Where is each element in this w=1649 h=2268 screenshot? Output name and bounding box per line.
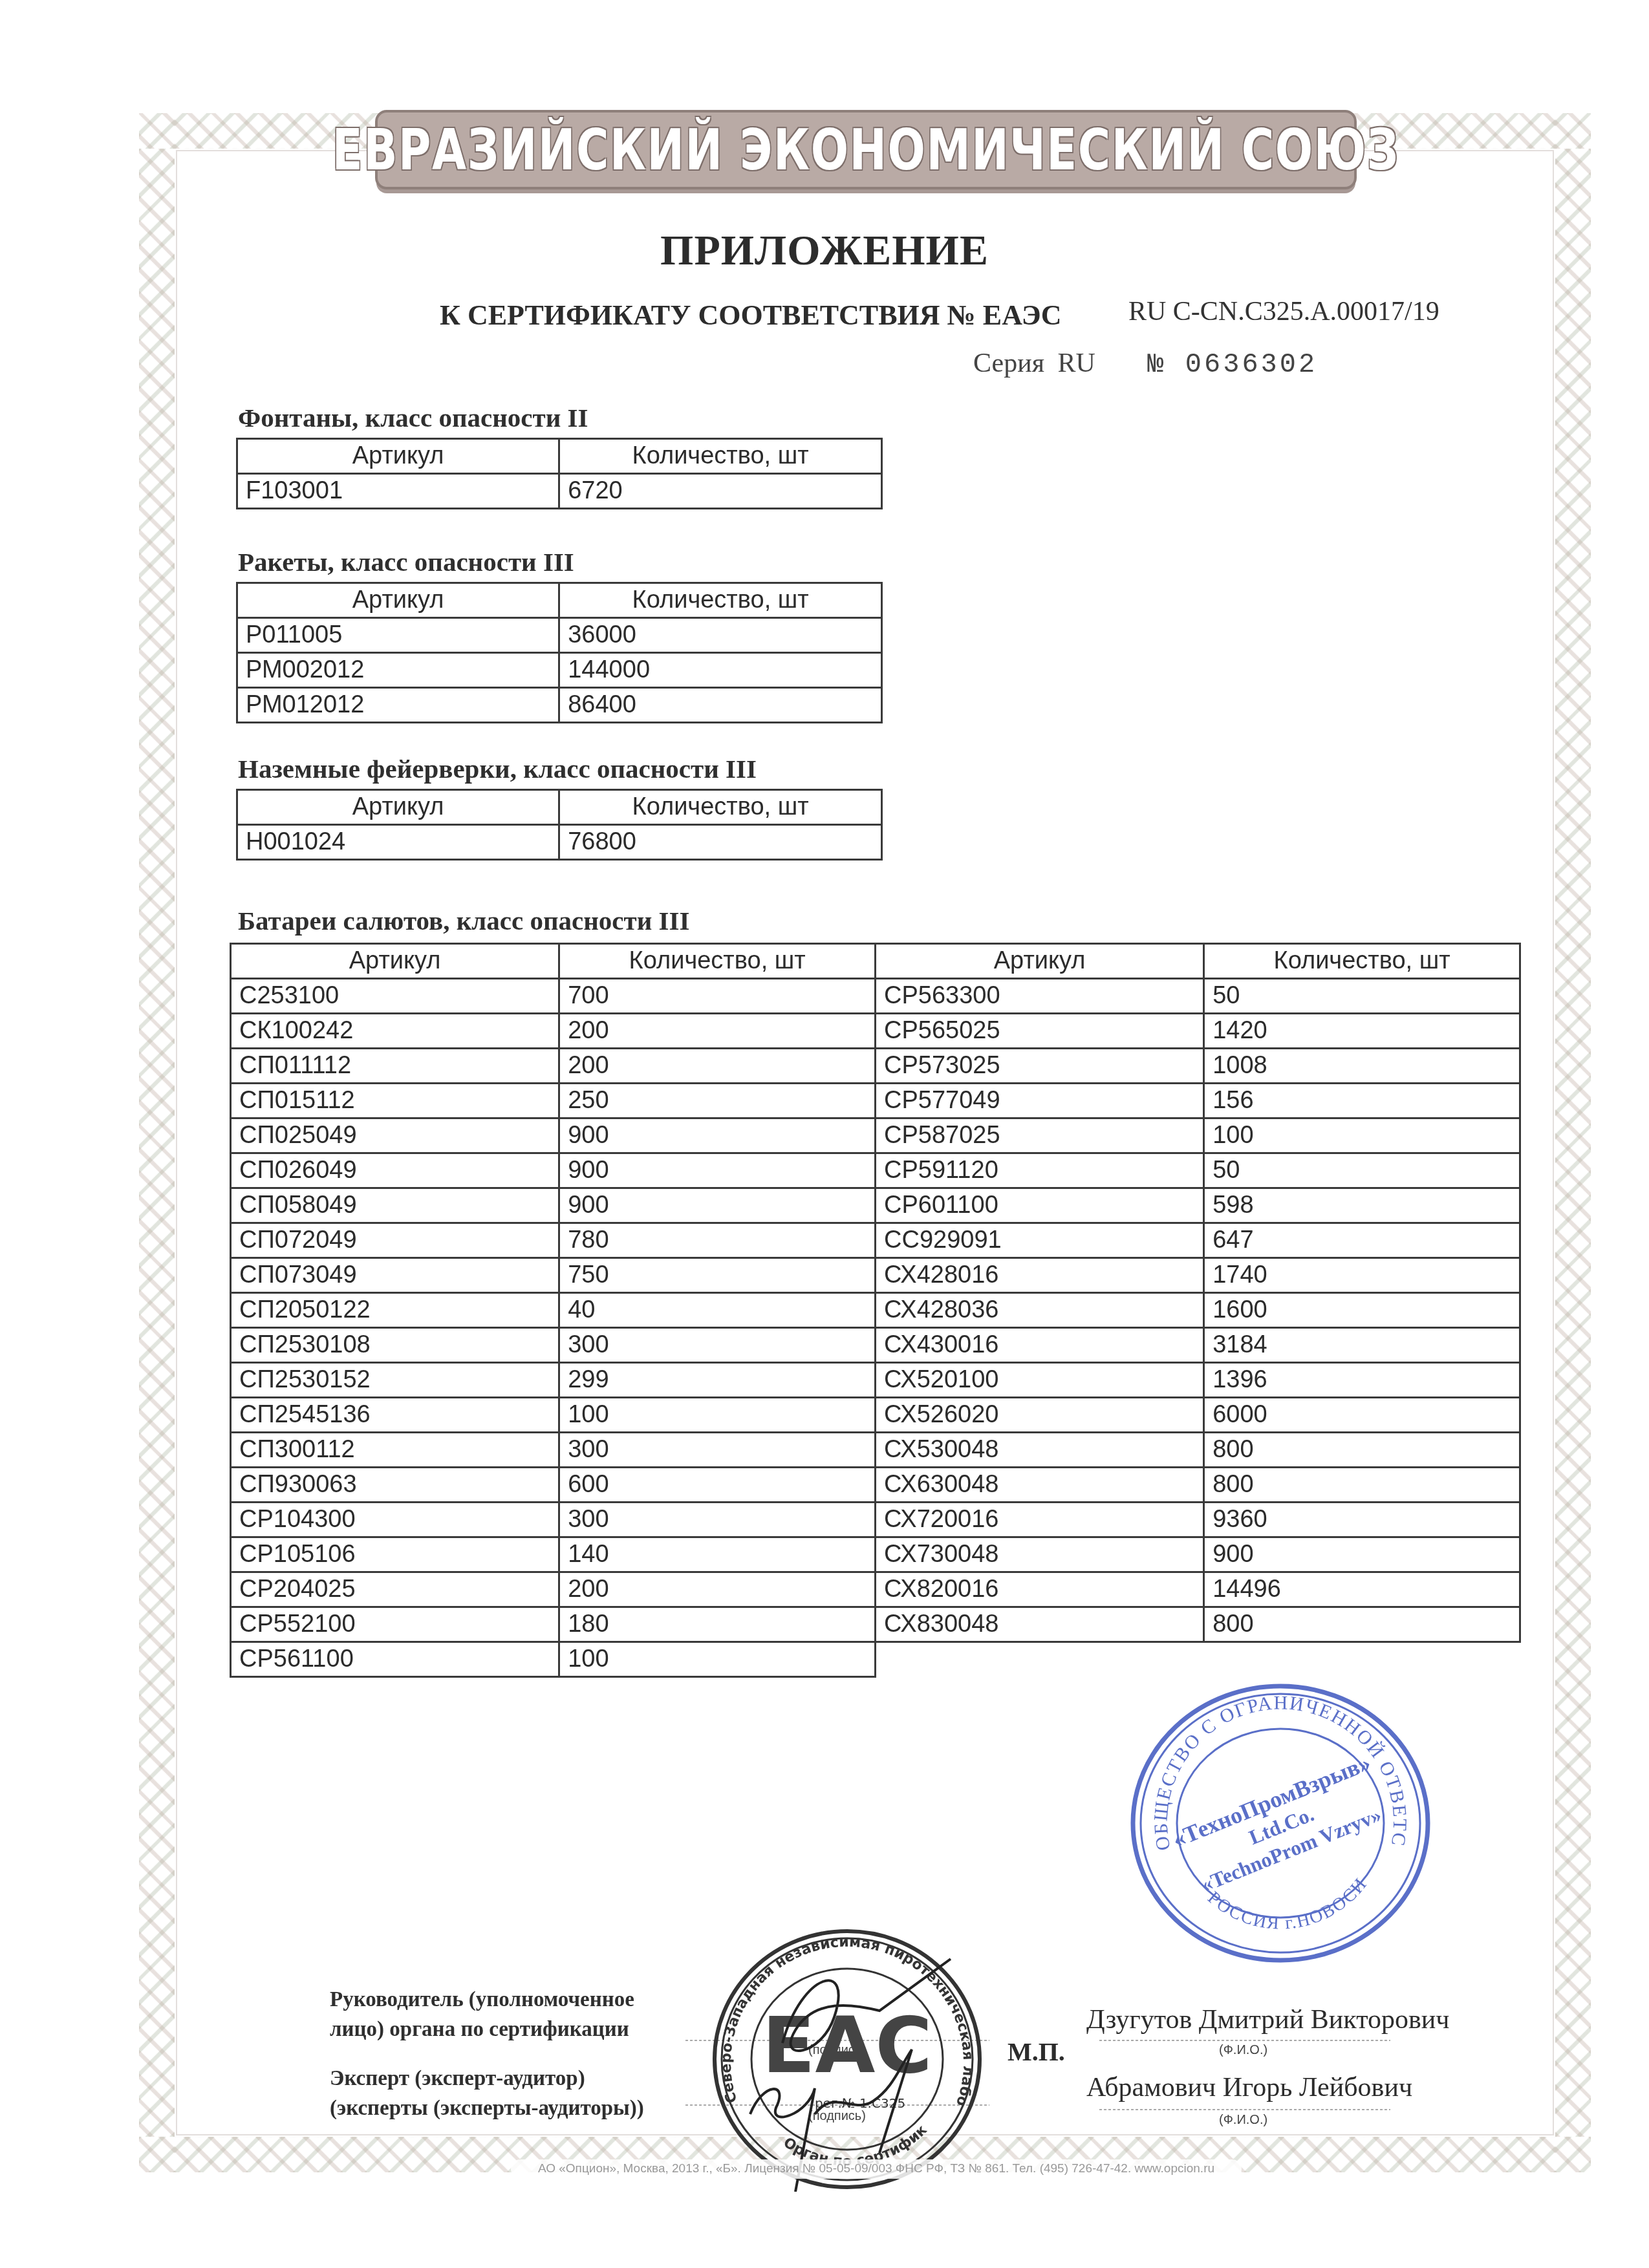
- table-row: СХ830048800: [876, 1607, 1520, 1642]
- table-row: СХ4280161740: [876, 1258, 1520, 1293]
- table-row: РМ002012144000: [237, 653, 882, 688]
- printer-footer: АО «Опцион», Москва, 2013 г., «Б». Лицен…: [511, 2159, 1242, 2179]
- article-cell: СР587025: [876, 1118, 1204, 1153]
- head-name-caption: (Ф.И.О.): [1219, 2043, 1267, 2058]
- quantity-cell: 140: [559, 1537, 876, 1572]
- article-cell: СР565025: [876, 1014, 1204, 1049]
- table-row: СХ82001614496: [876, 1572, 1520, 1607]
- number-label: №: [1147, 349, 1166, 380]
- certificate-subtitle: К СЕРТИФИКАТУ СООТВЕТСТВИЯ № ЕАЭС: [440, 299, 1061, 332]
- article-cell: СХ730048: [876, 1537, 1204, 1572]
- article-cell: СХ430016: [876, 1328, 1204, 1363]
- table-row: СХ5201001396: [876, 1363, 1520, 1398]
- table-row: СХ730048900: [876, 1537, 1520, 1572]
- table-row: СП2530108300: [231, 1328, 876, 1363]
- quantity-cell: 14496: [1204, 1572, 1520, 1607]
- table-row: СП205012240: [231, 1293, 876, 1328]
- article-cell: СР561100: [231, 1642, 559, 1677]
- article-cell: СП930063: [231, 1468, 559, 1503]
- table-row: СК100242200: [231, 1014, 876, 1049]
- head-name-line: [1099, 2040, 1390, 2041]
- table-row: СХ5260206000: [876, 1398, 1520, 1433]
- series-value: RU: [1057, 348, 1095, 378]
- table-fountains: Артикул Количество, шт F1030016720: [236, 438, 883, 509]
- article-cell: СП2545136: [231, 1398, 559, 1433]
- table-row: СП2545136100: [231, 1398, 876, 1433]
- article-cell: СП025049: [231, 1118, 559, 1153]
- table-row: СП073049750: [231, 1258, 876, 1293]
- table-row: СР601100598: [876, 1188, 1520, 1223]
- quantity-cell: 36000: [559, 618, 882, 653]
- quantity-cell: 200: [559, 1014, 876, 1049]
- certification-body-stamp: Северо-Западная независимая пиротехничес…: [705, 1920, 989, 2192]
- table-row: СП930063600: [231, 1468, 876, 1503]
- article-cell: СР552100: [231, 1607, 559, 1642]
- table-row: СР56330050: [876, 979, 1520, 1014]
- head-label: Руководитель (уполномоченное лицо) орган…: [330, 1985, 634, 2044]
- quantity-cell: 144000: [559, 653, 882, 688]
- quantity-cell: 900: [559, 1188, 876, 1223]
- table-row: Н00102476800: [237, 825, 882, 860]
- column-header-quantity: Количество, шт: [559, 790, 882, 825]
- table-header-row: Артикул Количество, шт: [237, 439, 882, 474]
- series-label: Серия: [973, 348, 1044, 378]
- expert-name-caption: (Ф.И.О.): [1219, 2113, 1267, 2128]
- expert-label: Эксперт (эксперт-аудитор) (эксперты (экс…: [330, 2064, 644, 2123]
- column-header-article: Артикул: [876, 944, 1204, 979]
- table-rockets: Артикул Количество, шт Р01100536000РМ002…: [236, 582, 883, 723]
- article-cell: СП2530108: [231, 1328, 559, 1363]
- quantity-cell: 900: [1204, 1537, 1520, 1572]
- section-title-batteries: Батареи салютов, класс опасности III: [238, 905, 689, 936]
- expert-name: Абрамович Игорь Лейбович: [1086, 2072, 1412, 2103]
- quantity-cell: 200: [559, 1572, 876, 1607]
- table-row: СР59112050: [876, 1153, 1520, 1188]
- article-cell: С253100: [231, 979, 559, 1014]
- article-cell: СП300112: [231, 1433, 559, 1468]
- article-cell: СР577049: [876, 1084, 1204, 1118]
- quantity-cell: 9360: [1204, 1503, 1520, 1537]
- article-cell: СП072049: [231, 1223, 559, 1258]
- article-cell: СР601100: [876, 1188, 1204, 1223]
- table-row: СХ530048800: [876, 1433, 1520, 1468]
- company-seal-stamp: ОБЩЕСТВО С ОГРАНИЧЕННОЙ ОТВЕТСТВЕННОСТЬЮ…: [1125, 1681, 1436, 1965]
- seal-place-label: М.П.: [1008, 2037, 1065, 2067]
- article-cell: РМ002012: [237, 653, 559, 688]
- article-cell: СР563300: [876, 979, 1204, 1014]
- table-row: СР5730251008: [876, 1049, 1520, 1084]
- quantity-cell: 1740: [1204, 1258, 1520, 1293]
- table-row: СП011112200: [231, 1049, 876, 1084]
- article-cell: СП026049: [231, 1153, 559, 1188]
- article-cell: СП011112: [231, 1049, 559, 1084]
- certificate-number: RU C-CN.С325.А.00017/19: [1128, 296, 1439, 327]
- quantity-cell: 50: [1204, 1153, 1520, 1188]
- table-row: СС929091647: [876, 1223, 1520, 1258]
- quantity-cell: 800: [1204, 1468, 1520, 1503]
- table-row: СР105106140: [231, 1537, 876, 1572]
- form-number: № 0636302: [1147, 349, 1317, 380]
- expert-label-line1: Эксперт (эксперт-аудитор): [330, 2064, 644, 2093]
- table-row: СП300112300: [231, 1433, 876, 1468]
- quantity-cell: 600: [559, 1468, 876, 1503]
- article-cell: СП073049: [231, 1258, 559, 1293]
- article-cell: СС929091: [876, 1223, 1204, 1258]
- article-cell: СХ720016: [876, 1503, 1204, 1537]
- head-name: Дзугутов Дмитрий Викторович: [1086, 2004, 1449, 2035]
- head-label-line1: Руководитель (уполномоченное: [330, 1985, 634, 2015]
- article-cell: СП015112: [231, 1084, 559, 1118]
- column-header-article: Артикул: [237, 439, 559, 474]
- article-cell: СХ530048: [876, 1433, 1204, 1468]
- head-label-line2: лицо) органа по сертификации: [330, 2015, 634, 2044]
- article-cell: СХ630048: [876, 1468, 1204, 1503]
- quantity-cell: 200: [559, 1049, 876, 1084]
- quantity-cell: 1396: [1204, 1363, 1520, 1398]
- table-row: СП026049900: [231, 1153, 876, 1188]
- quantity-cell: 100: [559, 1642, 876, 1677]
- table-row: СХ4300163184: [876, 1328, 1520, 1363]
- article-cell: F103001: [237, 474, 559, 509]
- column-header-article: Артикул: [231, 944, 559, 979]
- quantity-cell: 1600: [1204, 1293, 1520, 1328]
- column-header-quantity: Количество, шт: [559, 944, 876, 979]
- quantity-cell: 598: [1204, 1188, 1520, 1223]
- table-row: СП072049780: [231, 1223, 876, 1258]
- table-row: СР104300300: [231, 1503, 876, 1537]
- table-batteries-right: Артикул Количество, шт СР56330050СР56502…: [874, 943, 1521, 1643]
- column-header-article: Артикул: [237, 790, 559, 825]
- article-cell: СП058049: [231, 1188, 559, 1223]
- table-batteries-left: Артикул Количество, шт С253100700СК10024…: [230, 943, 876, 1678]
- table-row: СР204025200: [231, 1572, 876, 1607]
- quantity-cell: 100: [559, 1398, 876, 1433]
- table-row: СР587025100: [876, 1118, 1520, 1153]
- table-row: СХ7200169360: [876, 1503, 1520, 1537]
- series-line: Серия RU № 0636302: [973, 348, 1317, 380]
- article-cell: СР105106: [231, 1537, 559, 1572]
- quantity-cell: 86400: [559, 688, 882, 723]
- quantity-cell: 780: [559, 1223, 876, 1258]
- table-row: F1030016720: [237, 474, 882, 509]
- quantity-cell: 156: [1204, 1084, 1520, 1118]
- article-cell: Р011005: [237, 618, 559, 653]
- section-title-fountains: Фонтаны, класс опасности II: [238, 402, 588, 433]
- quantity-cell: 50: [1204, 979, 1520, 1014]
- table-ground: Артикул Количество, шт Н00102476800: [236, 789, 883, 861]
- quantity-cell: 1420: [1204, 1014, 1520, 1049]
- column-header-quantity: Количество, шт: [559, 439, 882, 474]
- number-value: 0636302: [1185, 349, 1317, 380]
- table-row: Р01100536000: [237, 618, 882, 653]
- article-cell: СХ830048: [876, 1607, 1204, 1642]
- table-row: СР5650251420: [876, 1014, 1520, 1049]
- quantity-cell: 900: [559, 1118, 876, 1153]
- table-row: СП015112250: [231, 1084, 876, 1118]
- table-row: С253100700: [231, 979, 876, 1014]
- table-row: РМ01201286400: [237, 688, 882, 723]
- quantity-cell: 647: [1204, 1223, 1520, 1258]
- article-cell: СХ428036: [876, 1293, 1204, 1328]
- article-cell: СР104300: [231, 1503, 559, 1537]
- column-header-article: Артикул: [237, 583, 559, 618]
- article-cell: СХ428016: [876, 1258, 1204, 1293]
- table-row: СХ630048800: [876, 1468, 1520, 1503]
- expert-name-line: [1099, 2109, 1390, 2110]
- table-row: СР561100100: [231, 1642, 876, 1677]
- quantity-cell: 800: [1204, 1433, 1520, 1468]
- table-row: СП2530152299: [231, 1363, 876, 1398]
- quantity-cell: 100: [1204, 1118, 1520, 1153]
- quantity-cell: 800: [1204, 1607, 1520, 1642]
- table-row: СХ4280361600: [876, 1293, 1520, 1328]
- table-row: СП058049900: [231, 1188, 876, 1223]
- quantity-cell: 6720: [559, 474, 882, 509]
- article-cell: СР204025: [231, 1572, 559, 1607]
- quantity-cell: 76800: [559, 825, 882, 860]
- article-cell: СП2530152: [231, 1363, 559, 1398]
- section-title-rockets: Ракеты, класс опасности III: [238, 546, 574, 577]
- svg-text:ЕАС: ЕАС: [762, 2001, 932, 2091]
- table-row: СР552100180: [231, 1607, 876, 1642]
- article-cell: СР591120: [876, 1153, 1204, 1188]
- quantity-cell: 250: [559, 1084, 876, 1118]
- quantity-cell: 3184: [1204, 1328, 1520, 1363]
- banner-text: ЕВРАЗИЙСКИЙ ЭКОНОМИЧЕСКИЙ СОЮЗ: [332, 116, 1399, 183]
- quantity-cell: 299: [559, 1363, 876, 1398]
- expert-label-line2: (эксперты (эксперты-аудиторы)): [330, 2093, 644, 2123]
- article-cell: РМ012012: [237, 688, 559, 723]
- table-header-row: Артикул Количество, шт: [231, 944, 876, 979]
- article-cell: СР573025: [876, 1049, 1204, 1084]
- column-header-quantity: Количество, шт: [1204, 944, 1520, 979]
- quantity-cell: 700: [559, 979, 876, 1014]
- article-cell: СП2050122: [231, 1293, 559, 1328]
- article-cell: Н001024: [237, 825, 559, 860]
- article-cell: СК100242: [231, 1014, 559, 1049]
- eaeu-banner: ЕВРАЗИЙСКИЙ ЭКОНОМИЧЕСКИЙ СОЮЗ: [375, 110, 1357, 189]
- quantity-cell: 300: [559, 1328, 876, 1363]
- article-cell: СХ820016: [876, 1572, 1204, 1607]
- table-header-row: Артикул Количество, шт: [237, 790, 882, 825]
- column-header-quantity: Количество, шт: [559, 583, 882, 618]
- table-row: СР577049156: [876, 1084, 1520, 1118]
- article-cell: СХ520100: [876, 1363, 1204, 1398]
- quantity-cell: 40: [559, 1293, 876, 1328]
- section-title-ground: Наземные фейерверки, класс опасности III: [238, 753, 757, 784]
- page-title: ПРИЛОЖЕНИЕ: [0, 226, 1649, 275]
- table-header-row: Артикул Количество, шт: [237, 583, 882, 618]
- quantity-cell: 1008: [1204, 1049, 1520, 1084]
- table-header-row: Артикул Количество, шт: [876, 944, 1520, 979]
- article-cell: СХ526020: [876, 1398, 1204, 1433]
- quantity-cell: 900: [559, 1153, 876, 1188]
- quantity-cell: 750: [559, 1258, 876, 1293]
- quantity-cell: 300: [559, 1503, 876, 1537]
- quantity-cell: 300: [559, 1433, 876, 1468]
- quantity-cell: 6000: [1204, 1398, 1520, 1433]
- quantity-cell: 180: [559, 1607, 876, 1642]
- table-row: СП025049900: [231, 1118, 876, 1153]
